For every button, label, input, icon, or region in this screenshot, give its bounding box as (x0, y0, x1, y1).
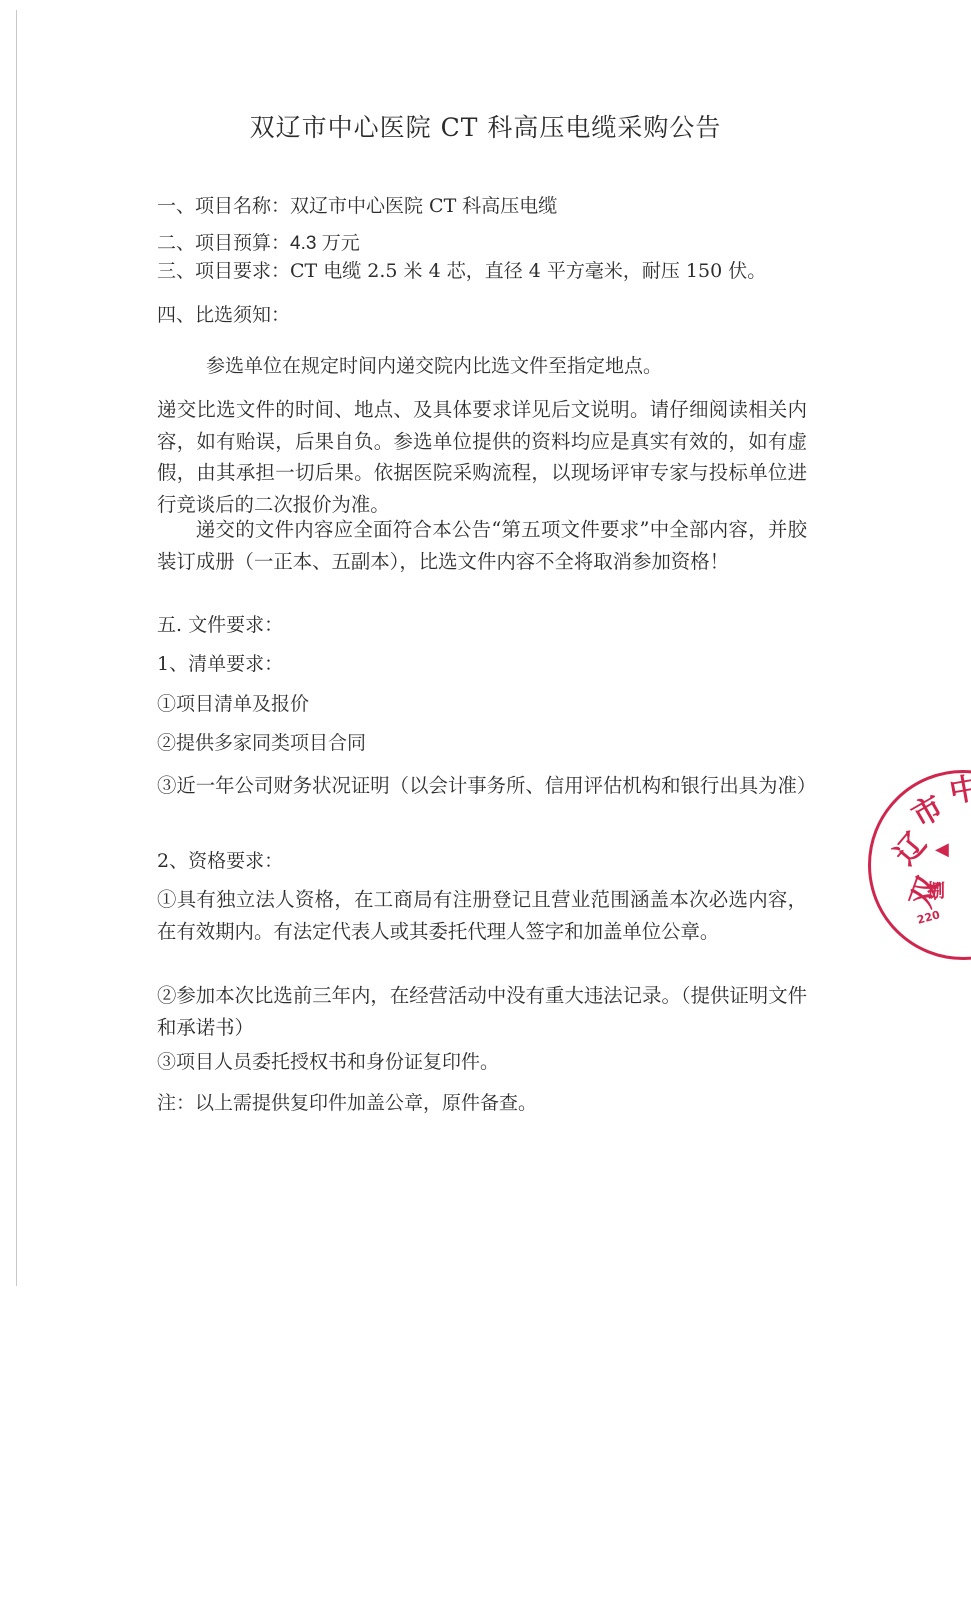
notice-paragraph: 递交比选文件的时间、地点、及具体要求详见后文说明。请仔细阅读相关内容，如有贻误，… (157, 394, 807, 520)
scan-edge-line (16, 10, 17, 1286)
list-item: ③近一年公司财务状况证明（以会计事务所、信用评估机构和银行出具为准） (157, 766, 807, 806)
item-project-name: 一、项目名称：双辽市中心医院 CT 科高压电缆 (157, 194, 557, 218)
file-requirements-heading: 五. 文件要求： (157, 613, 283, 637)
document-page: 双辽市中心医院 CT 科高压电缆采购公告 一、项目名称：双辽市中心医院 CT 科… (0, 0, 971, 1600)
qualification-item: ②参加本次比选前三年内，在经营活动中没有重大违法记录。（提供证明文件和承诺书） (157, 980, 807, 1043)
stamp-char: 市 (902, 782, 950, 835)
document-title: 双辽市中心医院 CT 科高压电缆采购公告 (0, 108, 971, 144)
item-project-budget: 二、项目预算：4.3 万元 (157, 231, 360, 256)
qualification-item: ①具有独立法人资格，在工商局有注册登记且营业范围涵盖本次必选内容，在有效期内。有… (157, 884, 807, 947)
notice-paragraph: 递交的文件内容应全面符合本公告“第五项文件要求”中全部内容，并胶装订成册（一正本… (157, 514, 807, 577)
stamp-char: 双 (896, 869, 948, 912)
stamp-code: 220 (916, 908, 942, 927)
qualification-item: ③项目人员委托授权书和身份证复印件。 (157, 1050, 499, 1074)
budget-value: 4.3 万元 (290, 233, 360, 254)
note-text: 注：以上需提供复印件加盖公章，原件备查。 (157, 1091, 537, 1115)
stamp-star-icon: ◀ (935, 839, 949, 860)
notice-paragraph: 参选单位在规定时间内递交院内比选文件至指定地点。 (206, 354, 662, 378)
stamp-char: 辽 (882, 821, 935, 872)
official-seal-stamp: 双 辽 市 中 ◀ 捌 220 (868, 770, 971, 960)
budget-label: 二、项目预算： (157, 232, 290, 254)
qualification-heading: 2、资格要求： (157, 849, 283, 873)
list-item: ②提供多家同类项目合同 (157, 731, 366, 755)
item-project-requirement: 三、项目要求：CT 电缆 2.5 米 4 芯，直径 4 平方毫米，耐压 150 … (157, 259, 766, 283)
item-notice-heading: 四、比选须知： (157, 303, 290, 327)
list-item: ①项目清单及报价 (157, 692, 309, 716)
list-requirements-heading: 1、清单要求： (157, 652, 283, 676)
stamp-char: 中 (945, 770, 971, 811)
stamp-subtext: 捌 (927, 877, 945, 903)
